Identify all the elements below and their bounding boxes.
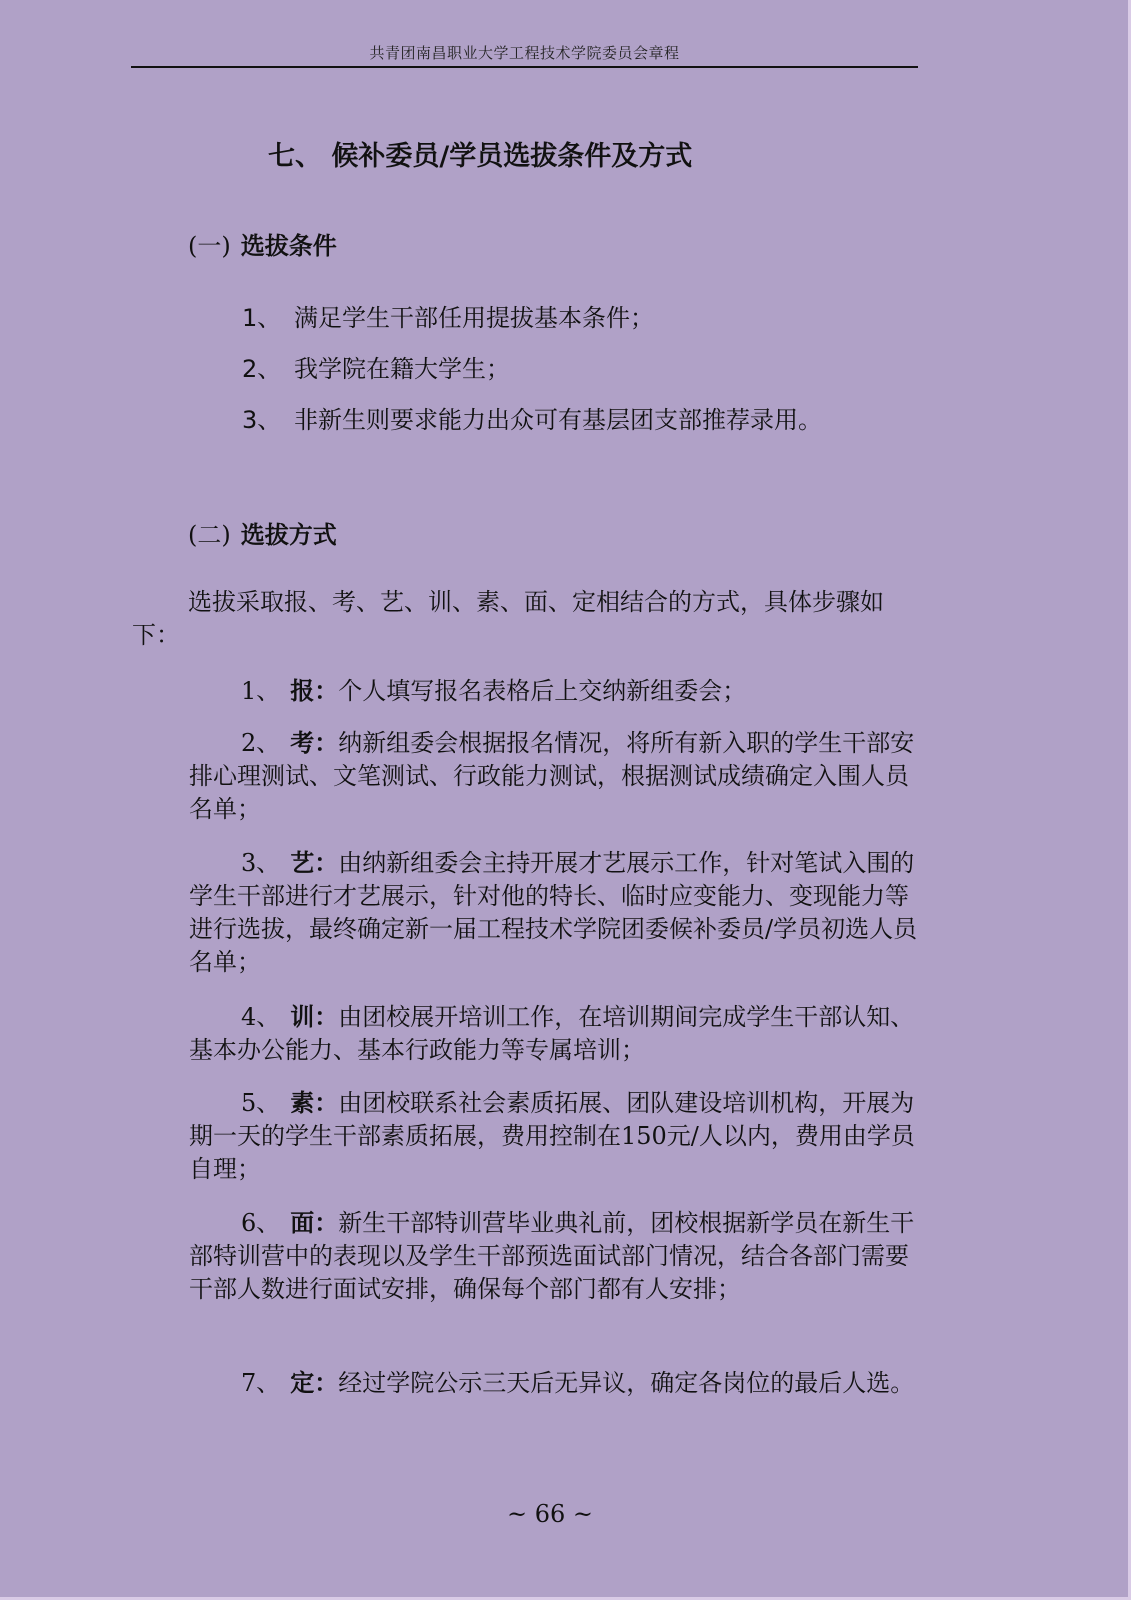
step-keyword: 素： xyxy=(290,1088,338,1117)
subheading-number: (一) xyxy=(188,232,231,260)
method-step: 6、面：新生干部特训营毕业典礼前，团校根据新学员在新生干部特训营中的表现以及学生… xyxy=(189,1206,924,1306)
method-step: 2、考：纳新组委会根据报名情况，将所有新入职的学生干部安排心理测试、文笔测试、行… xyxy=(189,726,924,826)
methods-intro: 选拔采取报、考、艺、训、素、面、定相结合的方式，具体步骤如下： xyxy=(132,586,922,652)
subheading-label: 选拔方式 xyxy=(241,521,337,549)
condition-item: 3、非新生则要求能力出众可有基层团支部推荐录用。 xyxy=(242,400,822,435)
method-step: 5、素：由团校联系社会素质拓展、团队建设培训机构，开展为期一天的学生干部素质拓展… xyxy=(189,1086,924,1186)
step-keyword: 报： xyxy=(290,676,338,705)
step-keyword: 定： xyxy=(290,1368,338,1397)
step-number: 1、 xyxy=(241,677,280,705)
step-text: 经过学院公示三天后无异议，确定各岗位的最后人选。 xyxy=(338,1369,914,1397)
step-number: 2、 xyxy=(241,729,280,757)
step-keyword: 面： xyxy=(290,1208,338,1237)
method-step: 7、定：经过学院公示三天后无异议，确定各岗位的最后人选。 xyxy=(189,1366,924,1400)
running-header: 共青团南昌职业大学工程技术学院委员会章程 xyxy=(131,42,918,63)
subheading-label: 选拔条件 xyxy=(241,232,337,260)
item-number: 2、 xyxy=(242,349,294,384)
step-text: 个人填写报名表格后上交纳新组委会； xyxy=(338,677,746,705)
step-number: 4、 xyxy=(241,1003,280,1031)
condition-item: 2、我学院在籍大学生； xyxy=(242,349,510,384)
step-number: 3、 xyxy=(241,849,280,877)
item-text: 非新生则要求能力出众可有基层团支部推荐录用。 xyxy=(294,406,822,434)
page-number: ~ 66 ~ xyxy=(0,1500,1100,1528)
item-number: 3、 xyxy=(242,400,294,435)
header-divider xyxy=(131,66,918,68)
step-number: 7、 xyxy=(241,1369,280,1397)
method-step: 4、训：由团校展开培训工作，在培训期间完成学生干部认知、基本办公能力、基本行政能… xyxy=(189,1000,924,1067)
step-keyword: 考： xyxy=(290,728,338,757)
step-number: 5、 xyxy=(241,1089,280,1117)
section-title: 七、 候补委员/学员选拔条件及方式 xyxy=(268,134,692,173)
step-number: 6、 xyxy=(241,1209,280,1237)
condition-item: 1、满足学生干部任用提拔基本条件； xyxy=(242,298,654,333)
item-text: 我学院在籍大学生； xyxy=(294,355,510,383)
step-keyword: 训： xyxy=(290,1002,338,1031)
method-step: 3、艺：由纳新组委会主持开展才艺展示工作，针对笔试入围的学生干部进行才艺展示，针… xyxy=(189,846,924,979)
method-step: 1、报：个人填写报名表格后上交纳新组委会； xyxy=(189,674,924,708)
item-number: 1、 xyxy=(242,298,294,333)
item-text: 满足学生干部任用提拔基本条件； xyxy=(294,304,654,332)
step-keyword: 艺： xyxy=(290,848,338,877)
subheading-conditions: (一)选拔条件 xyxy=(188,226,337,261)
subheading-methods: (二)选拔方式 xyxy=(188,515,337,550)
subheading-number: (二) xyxy=(188,521,231,549)
